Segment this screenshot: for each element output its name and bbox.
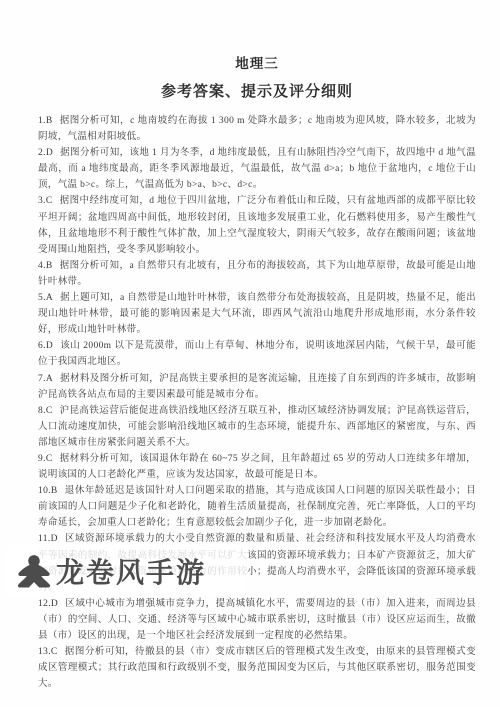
answer-number: 9.C: [38, 454, 53, 464]
answer-text: 据图分析可知，a 自然带只有北坡有，且分布的海拔较高，其下为山地草原带，故最可能…: [38, 261, 476, 287]
answer-text: 据材料及图分析可知，沪昆高铁主要承担的是客流运输，且连接了自东到西的许多城市，故…: [38, 374, 476, 400]
answer-sheet-page: 地理三 参考答案、提示及评分细则 1.B据图分析可知，c 地南坡约在海拔 1 3…: [0, 0, 500, 707]
answer-number: 3.C: [38, 196, 53, 206]
answer-number: 2.D: [38, 148, 53, 158]
answer-item-6: 6.D该山 2000m 以下是荒漠带，而山上有草甸、林地分布，说明该地深居内陆，…: [38, 338, 476, 370]
answer-item-8: 8.C沪昆高铁运营后能促进高铁沿线地区经济互联互补，推动区域经济协调发展；沪昆高…: [38, 403, 476, 451]
answer-item-10: 10.B退休年龄延迟是该国针对人口问题采取的措施，其与造成该国人口问题的原因关联…: [38, 483, 476, 531]
answer-item-1: 1.B据图分析可知，c 地南坡约在海拔 1 300 m 处降水最多；c 地南坡为…: [38, 113, 476, 145]
answer-item-4: 4.B据图分析可知，a 自然带只有北坡有，且分布的海拔较高，其下为山地草原带，故…: [38, 258, 476, 290]
answer-item-2: 2.D据图分析可知，该地 1 月为冬季，d 地纬度最低，且有山脉阻挡冷空气南下，…: [38, 145, 476, 193]
answer-item-5: 5.A据上题可知，a 自然带是山地针叶林带，该自然带分布处海拔较高，且是阴坡，热…: [38, 290, 476, 338]
answer-text: 据材料分析可知，该国退休年龄在 60~75 岁之间，且年龄超过 65 岁的劳动人…: [38, 454, 476, 480]
answer-text: 据图分析可知，c 地南坡约在海拔 1 300 m 处降水最多；c 地南坡为迎风坡…: [38, 116, 476, 142]
answer-number: 6.D: [38, 341, 53, 351]
answer-text: 据图中经纬度可知，d 地位于四川盆地，广泛分布着低山和丘陵，只有盆地西部的成都平…: [38, 196, 476, 254]
watermark-text: 龙卷风手游: [56, 551, 206, 591]
answer-item-7: 7.A据材料及图分析可知，沪昆高铁主要承担的是客流运输，且连接了自东到西的许多城…: [38, 371, 476, 403]
answer-item-9: 9.C据材料分析可知，该国退休年龄在 60~75 岁之间，且年龄超过 65 岁的…: [38, 451, 476, 483]
answer-number: 11.D: [38, 534, 58, 544]
answer-number: 7.A: [38, 374, 53, 384]
page-title: 地理三: [38, 55, 476, 73]
answer-text: 据图分析可知，待撤县的县（市）变成市辖区后的管理模式发生改变，由原来的县管理模式…: [38, 647, 476, 689]
watermark: 龙卷风手游: [16, 549, 206, 593]
answer-number: 4.B: [38, 261, 53, 271]
answer-text: 该山 2000m 以下是荒漠带，而山上有草甸、林地分布，说明该地深居内陆，气候干…: [38, 341, 476, 367]
answer-text: 退休年龄延迟是该国针对人口问题采取的措施，其与造成该国人口问题的原因关联性最小；…: [38, 486, 476, 528]
meeple-icon: [16, 552, 52, 590]
answer-text: 据上题可知，a 自然带是山地针叶林带，该自然带分布处海拔较高，且是阴坡，热量不足…: [38, 293, 476, 335]
page-subtitle: 参考答案、提示及评分细则: [38, 81, 476, 103]
answer-item-13: 13.C据图分析可知，待撤县的县（市）变成市辖区后的管理模式发生改变，由原来的县…: [38, 644, 476, 692]
answers-list: 1.B据图分析可知，c 地南坡约在海拔 1 300 m 处降水最多；c 地南坡为…: [38, 113, 476, 692]
answer-text: 区域中心城市为增强城市竞争力，提高城镇化水平，需要周边的县（市）加入进来，而周边…: [38, 599, 476, 641]
answer-item-12: 12.D区域中心城市为增强城市竞争力，提高城镇化水平，需要周边的县（市）加入进来…: [38, 596, 476, 644]
answer-text: 据图分析可知，该地 1 月为冬季，d 地纬度最低，且有山脉阻挡冷空气南下，故四地…: [38, 148, 476, 190]
answer-number: 5.A: [38, 293, 53, 303]
answer-text: 沪昆高铁运营后能促进高铁沿线地区经济互联互补，推动区域经济协调发展；沪昆高铁运营…: [38, 406, 476, 448]
answer-item-3: 3.C据图中经纬度可知，d 地位于四川盆地，广泛分布着低山和丘陵，只有盆地西部的…: [38, 193, 476, 257]
answer-number: 13.C: [38, 647, 58, 657]
answer-number: 1.B: [38, 116, 53, 126]
answer-number: 8.C: [38, 406, 53, 416]
answer-number: 12.D: [38, 599, 58, 609]
answer-number: 10.B: [38, 486, 58, 496]
